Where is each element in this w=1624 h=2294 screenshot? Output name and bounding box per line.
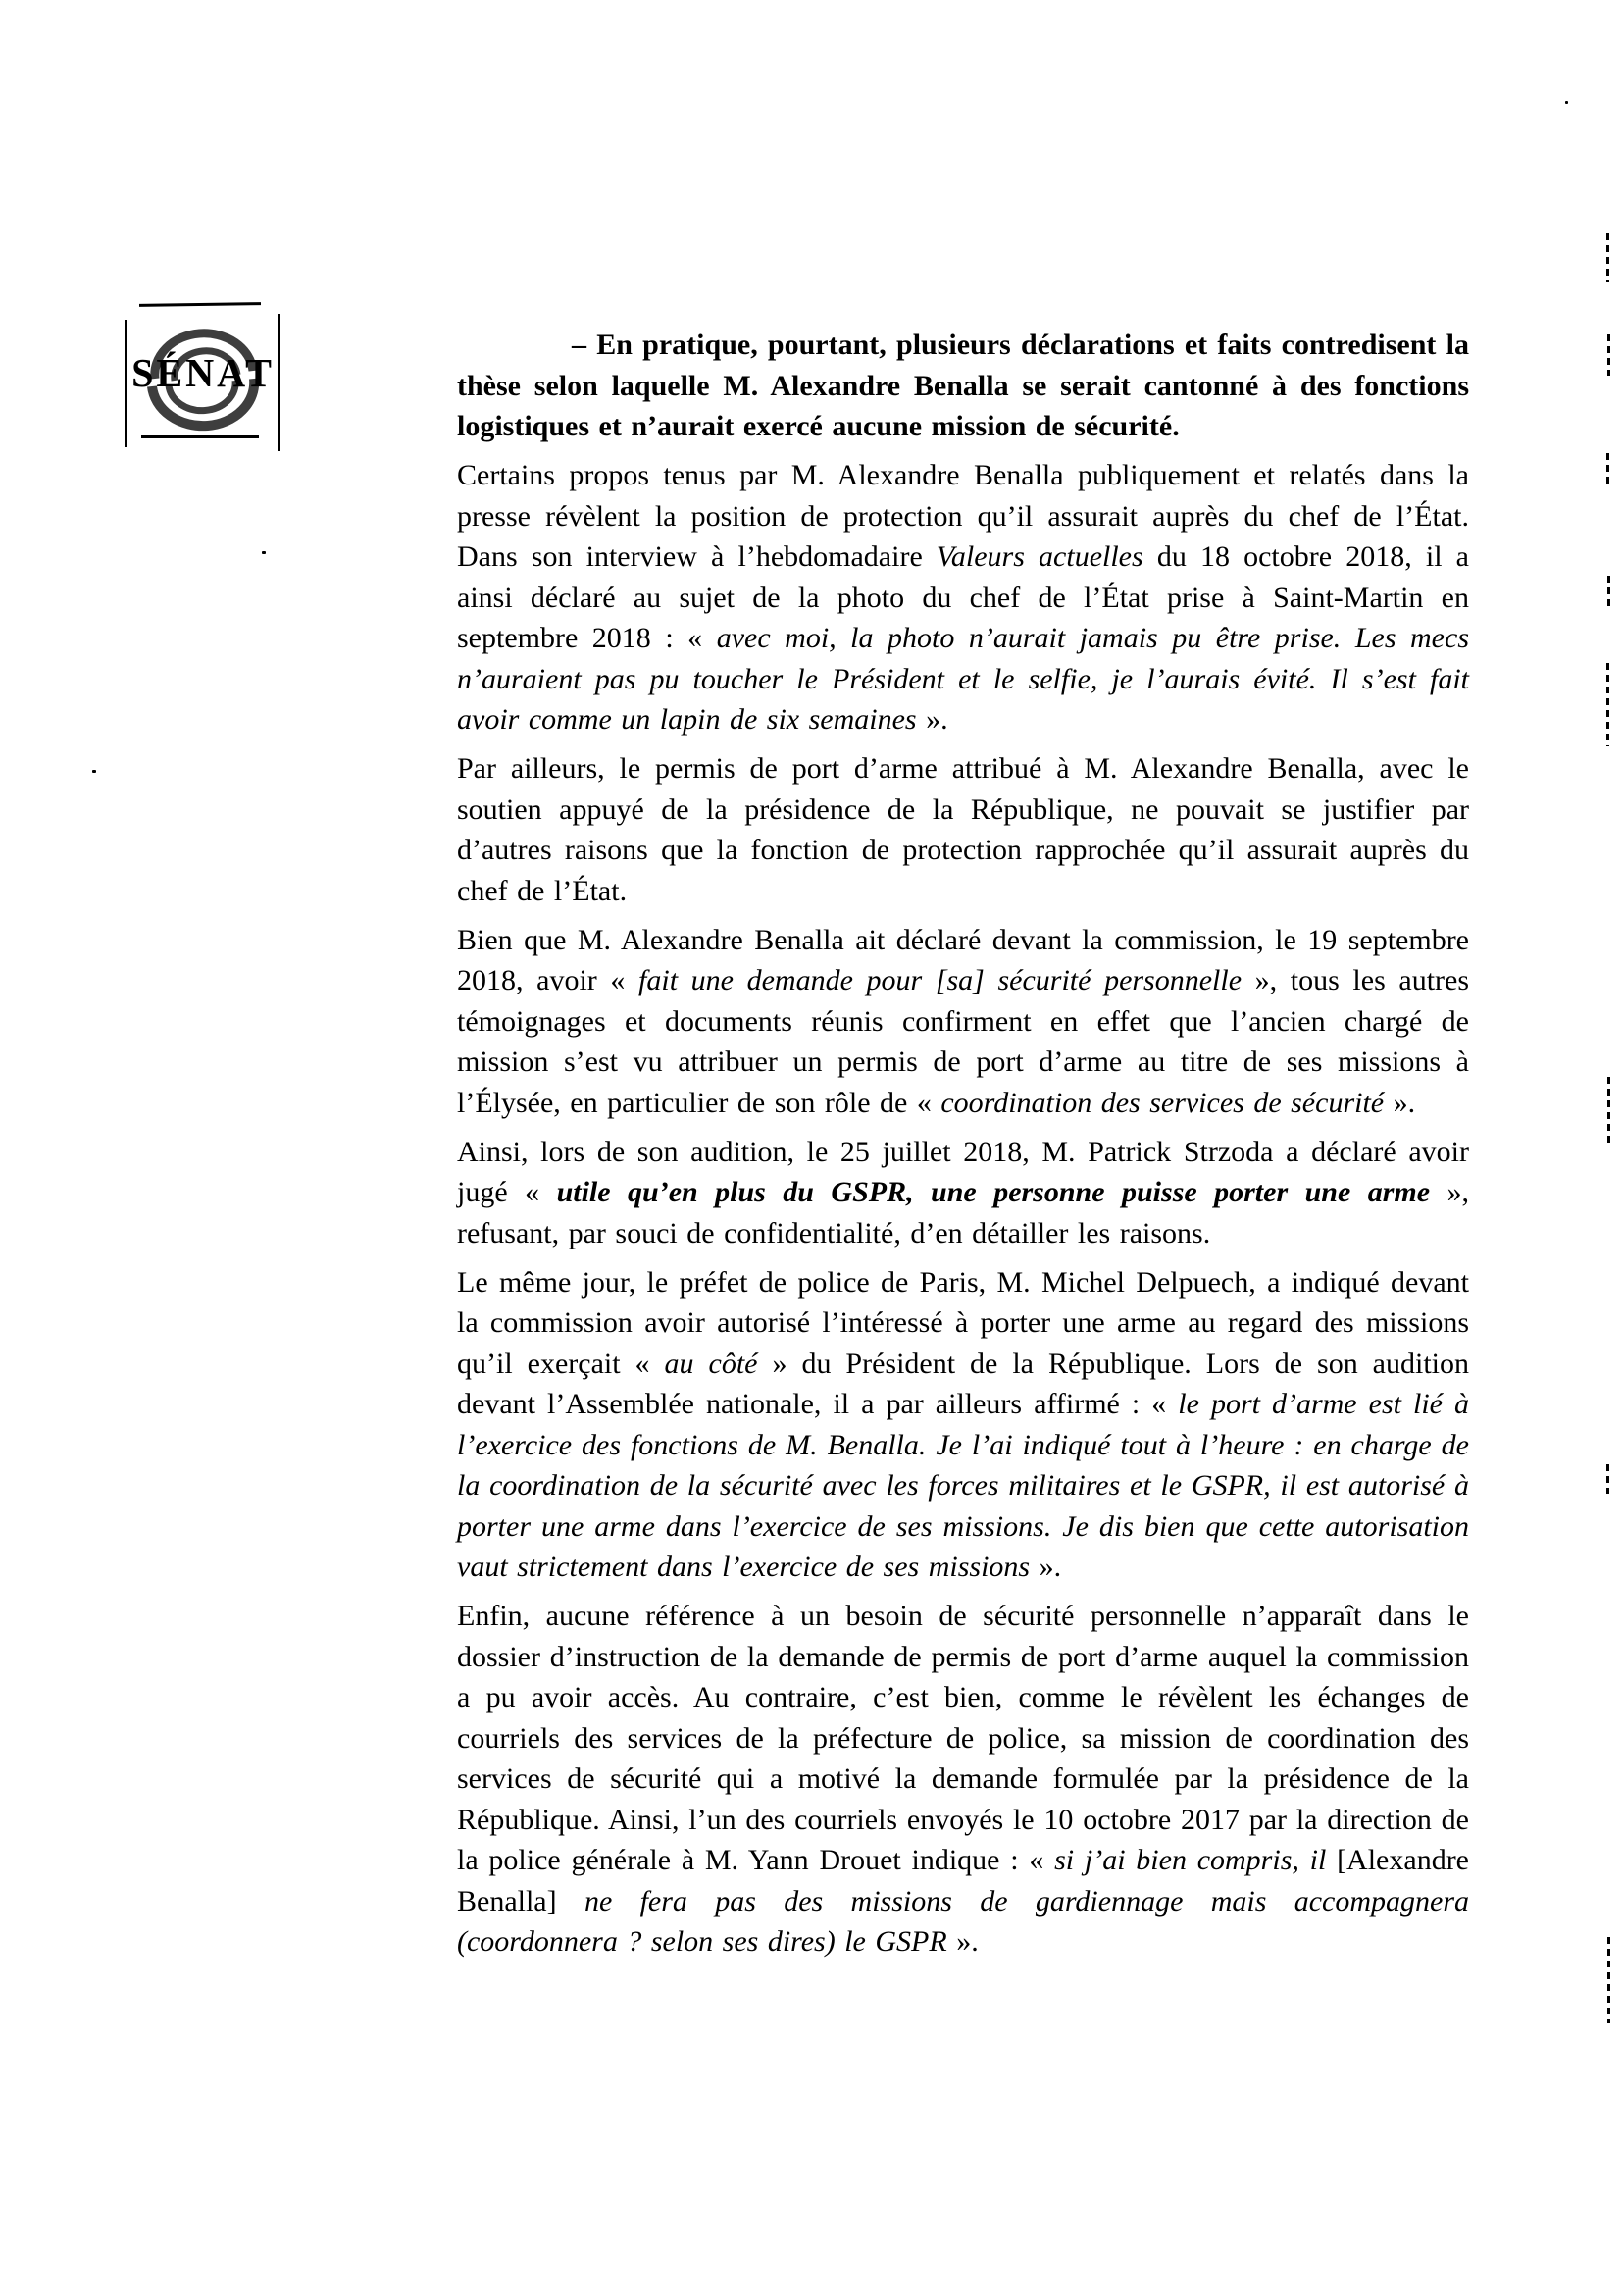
text-run: ». — [917, 703, 948, 736]
scan-artifact — [1606, 453, 1609, 484]
senat-logo-text: SÉNAT — [126, 349, 281, 396]
text-run: fait une demande pour [sa] sécurité pers… — [638, 964, 1242, 996]
text-run: Par ailleurs, le permis de port d’arme a… — [457, 752, 1469, 907]
scan-artifact — [1607, 1937, 1610, 2023]
text-run: ». — [1030, 1551, 1061, 1583]
text-run: Valeurs actuelles — [937, 540, 1143, 573]
text-run: utile qu’en plus du GSPR, une personne p… — [557, 1176, 1430, 1208]
paragraph-5: Ainsi, lors de son audition, le 25 juill… — [457, 1132, 1469, 1254]
text-run: Enfin, aucune référence à un besoin de s… — [457, 1600, 1469, 1876]
text-run: ». — [947, 1925, 979, 1958]
scanned-page: SÉNAT – En pratique, pourtant, plusieurs… — [0, 0, 1624, 2294]
senat-logo: SÉNAT — [124, 298, 282, 455]
paragraph-6: Le même jour, le préfet de police de Par… — [457, 1262, 1469, 1588]
scan-artifact — [1606, 1464, 1609, 1494]
paragraph-7: Enfin, aucune référence à un besoin de s… — [457, 1596, 1469, 1963]
text-run: si j’ai bien compris, il — [1054, 1844, 1326, 1876]
paragraph-1: – En pratique, pourtant, plusieurs décla… — [457, 325, 1469, 447]
scan-artifact — [1607, 334, 1610, 376]
paragraph-2: Certains propos tenus par M. Alexandre B… — [457, 455, 1469, 740]
scan-artifact — [1606, 233, 1609, 282]
paragraph-3: Par ailleurs, le permis de port d’arme a… — [457, 748, 1469, 911]
text-run: – En pratique, pourtant, plusieurs décla… — [457, 329, 1469, 442]
text-run: ». — [1384, 1087, 1415, 1119]
scan-artifact — [1606, 663, 1609, 746]
scan-speck — [1565, 101, 1568, 104]
scan-speck — [262, 551, 266, 554]
text-run: au côté — [665, 1348, 758, 1380]
text-run: coordination des services de sécurité — [940, 1087, 1384, 1119]
document-body: – En pratique, pourtant, plusieurs décla… — [457, 325, 1469, 1970]
scan-artifact — [1607, 1077, 1610, 1144]
scan-speck — [92, 770, 96, 773]
paragraph-4: Bien que M. Alexandre Benalla ait déclar… — [457, 920, 1469, 1124]
scan-artifact — [1607, 576, 1610, 608]
